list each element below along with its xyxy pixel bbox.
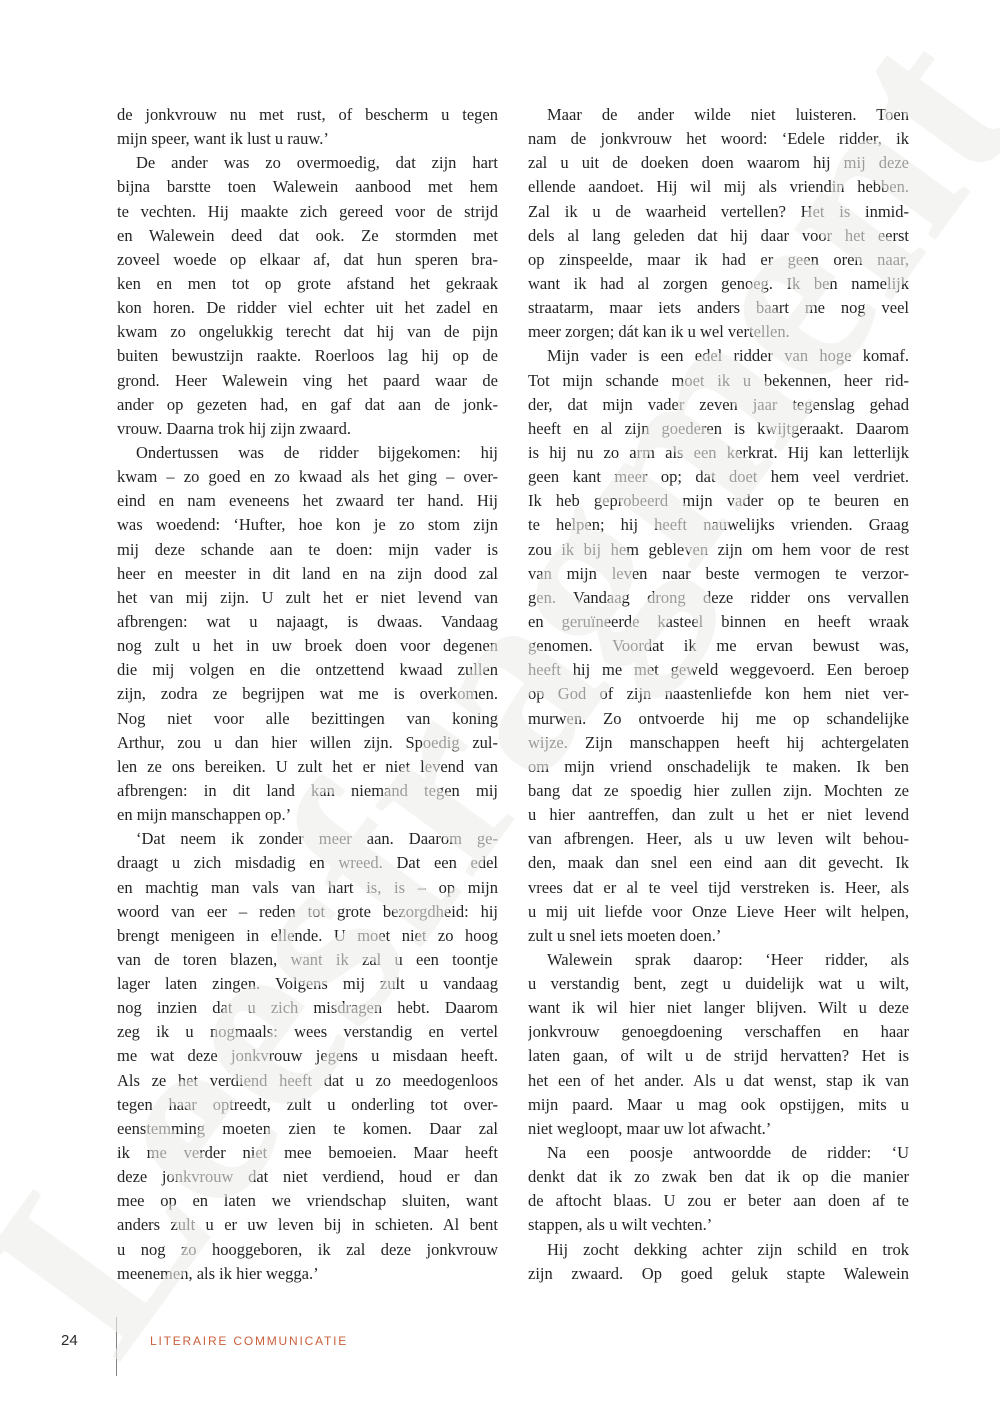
text-line: zult u snel iets moeten doen.’ (528, 924, 909, 948)
text-line: 175den, maak dan snel een eind aan dit g… (528, 851, 909, 875)
line-text: bijna barstte toen Walewein aanbood met … (117, 177, 498, 196)
text-line: te vechten. Hij maakte zich gereed voor … (117, 200, 498, 224)
line-text: straatarm, maar iets anders baart me nog… (528, 298, 909, 317)
text-line: de aftocht blaas. U zou er beter aan doe… (528, 1189, 909, 1213)
text-line: u hier aantreffen, dan zult u het er nie… (528, 803, 909, 827)
text-line: zou ik bij hem gebleven zijn om hem voor… (528, 538, 909, 562)
text-line: lager laten zingen. Volgens mij zult u v… (117, 972, 498, 996)
line-text: en Walewein deed dat ook. Ze stormden me… (117, 226, 498, 245)
text-line: 105buiten bewustzijn raakte. Roerloos la… (117, 344, 498, 368)
line-text: zeg ik u nogmaals: wees verstandig en ve… (117, 1022, 498, 1041)
line-text: en machtig man vals van hart is, is – op… (117, 878, 498, 897)
text-line: eenstemming moeten zien te komen. Daar z… (117, 1117, 498, 1141)
line-text: den, maak dan snel een eind aan dit geve… (528, 853, 909, 872)
line-text: mijn speer, want ik lust u rauw.’ (117, 129, 329, 148)
text-line: dels al lang geleden dat hij daar voor h… (528, 224, 909, 248)
text-line: gen. Vandaag drong deze ridder ons verva… (528, 586, 909, 610)
text-line: vrees dat er al te veel tijd verstreken … (528, 876, 909, 900)
line-text: gen. Vandaag drong deze ridder ons verva… (528, 588, 909, 607)
line-text: en geruïneerde kasteel binnen en heeft w… (528, 612, 909, 631)
text-line: het een of het ander. Als u dat wenst, s… (528, 1069, 909, 1093)
line-text: brengt menigeen in ellende. U moet niet … (117, 926, 498, 945)
line-text: ken en men tot op grote afstand het gekr… (117, 274, 498, 293)
text-line: 125‘Dat neem ik zonder meer aan. Daarom … (117, 827, 498, 851)
text-line: en machtig man vals van hart is, is – op… (117, 876, 498, 900)
line-text: ellende aandoet. Hij wil mij als vriendi… (528, 177, 909, 196)
text-line: 145nam de jonkvrouw het woord: ‘Edele ri… (528, 127, 909, 151)
line-text: wijze. Zijn manschappen heeft hij achter… (528, 733, 909, 752)
line-text: u mij uit liefde voor Onze Lieve Heer wi… (528, 902, 909, 921)
line-text: Ik heb geprobeerd mijn vader op te beure… (528, 491, 909, 510)
text-line: meenemen, als ik hier wegga.’ (117, 1262, 498, 1286)
line-text: ik me verder niet mee bemoeien. Maar hee… (117, 1143, 498, 1162)
line-text: Arthur, zou u dan hier willen zijn. Spoe… (117, 733, 498, 752)
text-line: 165en geruïneerde kasteel binnen en heef… (528, 610, 909, 634)
line-text: zou ik bij hem gebleven zijn om hem voor… (528, 540, 909, 559)
text-line: afbrengen: wat u najaagt, is dwaas. Vand… (117, 610, 498, 634)
text-line: want ik had al zorgen genoeg. Ik ben nam… (528, 272, 909, 296)
text-line: 170wijze. Zijn manschappen heeft hij ach… (528, 731, 909, 755)
text-line: meer zorgen; dát kan ik u wel vertellen. (528, 320, 909, 344)
text-line: grond. Heer Walewein ving het paard waar… (117, 369, 498, 393)
line-text: op God of zijn naastenliefde kon hem nie… (528, 684, 909, 703)
text-line: Arthur, zou u dan hier willen zijn. Spoe… (117, 731, 498, 755)
line-text: van de toren blazen, want ik zal u een t… (117, 950, 498, 969)
text-line: me wat deze jonkvrouw jegens u misdaan h… (117, 1044, 498, 1068)
line-text: genomen. Voordat ik me ervan bewust was, (528, 636, 909, 655)
line-text: heeft en al zijn goederen is kwijtgeraak… (528, 419, 909, 438)
text-line: u nog zo hooggeboren, ik zal deze jonkvr… (117, 1238, 498, 1262)
text-line: ellende aandoet. Hij wil mij als vriendi… (528, 175, 909, 199)
text-line: eind en nam eveneens het zwaard ter hand… (117, 489, 498, 513)
text-line: kon horen. De ridder viel echter uit het… (117, 296, 498, 320)
line-text: lager laten zingen. Volgens mij zult u v… (117, 974, 498, 993)
line-text: is hij nu zo arm als een kerkrat. Hij ka… (528, 443, 909, 462)
line-text: zult u snel iets moeten doen.’ (528, 926, 721, 945)
text-line: 150op zinspeelde, maar ik had er geen or… (528, 248, 909, 272)
line-text: ‘Dat neem ik zonder meer aan. Daarom ge- (136, 829, 498, 848)
line-text: stappen, als u wilt vechten.’ (528, 1215, 712, 1234)
text-line: 115het van mij zijn. U zult het er niet … (117, 586, 498, 610)
text-line: denkt dat ik zo zwak ben dat ik op die m… (528, 1165, 909, 1189)
text-line: heer en meester in dit land en na zijn d… (117, 562, 498, 586)
line-text: ander op gezeten had, en gaf dat aan de … (117, 395, 498, 414)
text-line: mijn speer, want ik lust u rauw.’ (117, 127, 498, 151)
line-text: grond. Heer Walewein ving het paard waar… (117, 371, 498, 390)
line-text: buiten bewustzijn raakte. Roerloos lag h… (117, 346, 498, 365)
text-line: 95de jonkvrouw nu met rust, of bescherm … (117, 103, 498, 127)
line-text: eenstemming moeten zien te komen. Daar z… (117, 1119, 498, 1138)
line-text: nam de jonkvrouw het woord: ‘Edele ridde… (528, 129, 909, 148)
line-text: kon horen. De ridder viel echter uit het… (117, 298, 498, 317)
text-line: len ze ons bereiken. U zult het er niet … (117, 755, 498, 779)
book-page: Leesfragment 95de jonkvrouw nu met rust,… (0, 0, 1000, 1421)
text-line: die mij volgen en die ontzettend kwaad z… (117, 658, 498, 682)
text-line: Na een poosje antwoordde de ridder: ‘U (528, 1141, 909, 1165)
line-text: mee op en laten we vriendschap sluiten, … (117, 1191, 498, 1210)
line-text: Mijn vader is een edel ridder van hoge k… (547, 346, 909, 365)
text-line: is hij nu zo arm als een kerkrat. Hij ka… (528, 441, 909, 465)
text-line: der, dat mijn vader zeven jaar tegenslag… (528, 393, 909, 417)
line-text: u hier aantreffen, dan zult u het er nie… (528, 805, 909, 824)
footer-divider-rule (116, 1317, 117, 1376)
line-text: bang dat ze spoedig hier zullen zijn. Mo… (528, 781, 909, 800)
line-text: Nog niet voor alle bezittingen van konin… (117, 709, 498, 728)
text-line: tegen haar optreedt, zult u onderling to… (117, 1093, 498, 1117)
text-line: zoveel woede op elkaar af, dat hun spere… (117, 248, 498, 272)
text-line: nog zult u het in uw broek doen voor deg… (117, 634, 498, 658)
line-text: want ik wil hier niet langer blijven. Wi… (528, 998, 909, 1017)
text-line: Zal ik u de waarheid vertellen? Het is i… (528, 200, 909, 224)
text-line: van afbrengen. Heer, als u uw leven wilt… (528, 827, 909, 851)
line-text: Na een poosje antwoordde de ridder: ‘U (547, 1143, 909, 1162)
line-text: zijn, zodra ze begrijpen wat me is overk… (117, 684, 498, 703)
text-line: heeft hij me met geweld weggevoerd. Een … (528, 658, 909, 682)
line-text: zal u uit de doeken doen waarom hij mij … (528, 153, 909, 172)
text-line: om mijn vriend onschadelijk te maken. Ik… (528, 755, 909, 779)
text-line: 190stappen, als u wilt vechten.’ (528, 1213, 909, 1237)
text-line: te helpen; hij heeft nauwelijks vrienden… (528, 513, 909, 537)
text-column-left: 95de jonkvrouw nu met rust, of bescherm … (117, 103, 498, 1286)
text-line: bijna barstte toen Walewein aanbood met … (117, 175, 498, 199)
text-line: laten gaan, of wilt u de strijd hervatte… (528, 1044, 909, 1068)
text-line: 140mee op en laten we vriendschap sluite… (117, 1189, 498, 1213)
line-text: nog inzien dat u zich misdragen hebt. Da… (117, 998, 498, 1017)
text-line: afbrengen: in dit land kan niemand tegen… (117, 779, 498, 803)
text-line: murwen. Zo ontvoerde hij me op schandeli… (528, 707, 909, 731)
line-text: Ondertussen was de ridder bijgekomen: hi… (136, 443, 498, 462)
line-text: woord van eer – reden tot grote bezorgdh… (117, 902, 498, 921)
line-text: len ze ons bereiken. U zult het er niet … (117, 757, 498, 776)
text-line: anders zult u er uw leven bij in schiete… (117, 1213, 498, 1237)
text-line: u mij uit liefde voor Onze Lieve Heer wi… (528, 900, 909, 924)
text-line: De ander was zo overmoedig, dat zijn har… (117, 151, 498, 175)
text-line: 160Ik heb geprobeerd mijn vader op te be… (528, 489, 909, 513)
line-text: de jonkvrouw nu met rust, of bescherm u … (117, 105, 498, 124)
line-text: me wat deze jonkvrouw jegens u misdaan h… (117, 1046, 498, 1065)
line-text: het een of het ander. Als u dat wenst, s… (528, 1071, 909, 1090)
line-text: van afbrengen. Heer, als u uw leven wilt… (528, 829, 909, 848)
text-line: deze jonkvrouw dat niet verdiend, houd e… (117, 1165, 498, 1189)
text-line: Walewein sprak daarop: ‘Heer ridder, als (528, 948, 909, 972)
line-text: afbrengen: in dit land kan niemand tegen… (117, 781, 498, 800)
text-line: straatarm, maar iets anders baart me nog… (528, 296, 909, 320)
line-text: geen kant meer op; dat doet hem veel ver… (528, 467, 909, 486)
text-line: brengt menigeen in ellende. U moet niet … (117, 924, 498, 948)
line-text: tegen haar optreedt, zult u onderling to… (117, 1095, 498, 1114)
text-column-right: Maar de ander wilde niet luisteren. Toen… (528, 103, 909, 1286)
text-line: van mijn leven naar beste vermogen te ve… (528, 562, 909, 586)
line-text: deze jonkvrouw dat niet verdiend, houd e… (117, 1167, 498, 1186)
line-text: draagt u zich misdadig en wreed. Dat een… (117, 853, 498, 872)
line-text: want ik had al zorgen genoeg. Ik ben nam… (528, 274, 909, 293)
line-text: die mij volgen en die ontzettend kwaad z… (117, 660, 498, 679)
text-line: 185mijn paard. Maar u mag ook opstijgen,… (528, 1093, 909, 1117)
line-text: meer zorgen; dát kan ik u wel vertellen. (528, 322, 790, 341)
line-text: zijn zwaard. Op goed geluk stapte Walewe… (528, 1264, 909, 1283)
line-text: Walewein sprak daarop: ‘Heer ridder, als (547, 950, 909, 969)
text-line: Mijn vader is een edel ridder van hoge k… (528, 344, 909, 368)
text-line: op God of zijn naastenliefde kon hem nie… (528, 682, 909, 706)
line-text: Zal ik u de waarheid vertellen? Het is i… (528, 202, 909, 221)
line-text: jonkvrouw genoegdoening verschaffen en h… (528, 1022, 909, 1041)
line-text: meenemen, als ik hier wegga.’ (117, 1264, 319, 1283)
line-text: heeft hij me met geweld weggevoerd. Een … (528, 660, 909, 679)
text-line: jonkvrouw genoegdoening verschaffen en h… (528, 1020, 909, 1044)
line-text: vrouw. Daarna trok hij zijn zwaard. (117, 419, 351, 438)
line-text: niet wegloopt, maar uw lot afwacht.’ (528, 1119, 771, 1138)
line-text: u nog zo hooggeboren, ik zal deze jonkvr… (117, 1240, 498, 1259)
line-text: kwam zo ongelukkig terecht dat hij van d… (117, 322, 498, 341)
line-text: Hij zocht dekking achter zijn schild en … (547, 1240, 909, 1259)
text-line: mij deze schande aan te doen: mijn vader… (117, 538, 498, 562)
line-text: op zinspeelde, maar ik had er geen oren … (528, 250, 909, 269)
text-line: zal u uit de doeken doen waarom hij mij … (528, 151, 909, 175)
text-line: niet wegloopt, maar uw lot afwacht.’ (528, 1117, 909, 1141)
line-text: was woedend: ‘Hufter, hoe kon je zo stom… (117, 515, 498, 534)
line-text: De ander was zo overmoedig, dat zijn har… (136, 153, 498, 172)
text-line: kwam zo ongelukkig terecht dat hij van d… (117, 320, 498, 344)
line-text: vrees dat er al te veel tijd verstreken … (528, 878, 909, 897)
text-line: 120Nog niet voor alle bezittingen van ko… (117, 707, 498, 731)
line-text: mijn paard. Maar u mag ook opstijgen, mi… (528, 1095, 909, 1114)
text-line: draagt u zich misdadig en wreed. Dat een… (117, 851, 498, 875)
line-text: denkt dat ik zo zwak ben dat ik op die m… (528, 1167, 909, 1186)
text-line: woord van eer – reden tot grote bezorgdh… (117, 900, 498, 924)
line-text: Tot mijn schande moet ik u bekennen, hee… (528, 371, 909, 390)
text-line: bang dat ze spoedig hier zullen zijn. Mo… (528, 779, 909, 803)
text-line: 100en Walewein deed dat ook. Ze stormden… (117, 224, 498, 248)
line-text: de aftocht blaas. U zou er beter aan doe… (528, 1191, 909, 1210)
text-line: 130van de toren blazen, want ik zal u ee… (117, 948, 498, 972)
text-line: zijn zwaard. Op goed geluk stapte Walewe… (528, 1262, 909, 1286)
text-line: heeft en al zijn goederen is kwijtgeraak… (528, 417, 909, 441)
line-text: om mijn vriend onschadelijk te maken. Ik… (528, 757, 909, 776)
line-text: zoveel woede op elkaar af, dat hun spere… (117, 250, 498, 269)
text-line: 110kwam – zo goed en zo kwaad als het gi… (117, 465, 498, 489)
footer-section-label: LITERAIRE COMMUNICATIE (150, 1334, 348, 1348)
text-line: en mijn manschappen op.’ (117, 803, 498, 827)
text-line: ander op gezeten had, en gaf dat aan de … (117, 393, 498, 417)
line-text: der, dat mijn vader zeven jaar tegenslag… (528, 395, 909, 414)
line-text: het van mij zijn. U zult het er niet lev… (117, 588, 498, 607)
line-text: mij deze schande aan te doen: mijn vader… (117, 540, 498, 559)
line-text: afbrengen: wat u najaagt, is dwaas. Vand… (117, 612, 498, 631)
text-line: want ik wil hier niet langer blijven. Wi… (528, 996, 909, 1020)
text-line: Ondertussen was de ridder bijgekomen: hi… (117, 441, 498, 465)
line-text: te helpen; hij heeft nauwelijks vrienden… (528, 515, 909, 534)
line-text: Maar de ander wilde niet luisteren. Toen (547, 105, 909, 124)
line-text: heer en meester in dit land en na zijn d… (117, 564, 498, 583)
text-line: vrouw. Daarna trok hij zijn zwaard. (117, 417, 498, 441)
line-text: murwen. Zo ontvoerde hij me op schandeli… (528, 709, 909, 728)
page-content: 95de jonkvrouw nu met rust, of bescherm … (0, 0, 1000, 1421)
line-text: te vechten. Hij maakte zich gereed voor … (117, 202, 498, 221)
text-line: Maar de ander wilde niet luisteren. Toen (528, 103, 909, 127)
text-line: 155Tot mijn schande moet ik u bekennen, … (528, 369, 909, 393)
line-text: u verstandig bent, zegt u duidelijk wat … (528, 974, 909, 993)
line-text: van mijn leven naar beste vermogen te ve… (528, 564, 909, 583)
line-text: dels al lang geleden dat hij daar voor h… (528, 226, 909, 245)
line-text: nog zult u het in uw broek doen voor deg… (117, 636, 498, 655)
text-line: zijn, zodra ze begrijpen wat me is overk… (117, 682, 498, 706)
line-text: laten gaan, of wilt u de strijd hervatte… (528, 1046, 909, 1065)
line-text: en mijn manschappen op.’ (117, 805, 291, 824)
text-line: 135Als ze het verdiend heeft dat u zo me… (117, 1069, 498, 1093)
text-line: Hij zocht dekking achter zijn schild en … (528, 1238, 909, 1262)
text-line: nog inzien dat u zich misdragen hebt. Da… (117, 996, 498, 1020)
text-line: ken en men tot op grote afstand het gekr… (117, 272, 498, 296)
text-line: was woedend: ‘Hufter, hoe kon je zo stom… (117, 513, 498, 537)
line-text: kwam – zo goed en zo kwaad als het ging … (117, 467, 498, 486)
text-line: zeg ik u nogmaals: wees verstandig en ve… (117, 1020, 498, 1044)
text-line: genomen. Voordat ik me ervan bewust was, (528, 634, 909, 658)
text-line: ik me verder niet mee bemoeien. Maar hee… (117, 1141, 498, 1165)
line-text: anders zult u er uw leven bij in schiete… (117, 1215, 498, 1234)
line-text: eind en nam eveneens het zwaard ter hand… (117, 491, 498, 510)
text-line: 180u verstandig bent, zegt u duidelijk w… (528, 972, 909, 996)
text-line: geen kant meer op; dat doet hem veel ver… (528, 465, 909, 489)
page-number: 24 (61, 1332, 78, 1349)
line-text: Als ze het verdiend heeft dat u zo meedo… (117, 1071, 498, 1090)
